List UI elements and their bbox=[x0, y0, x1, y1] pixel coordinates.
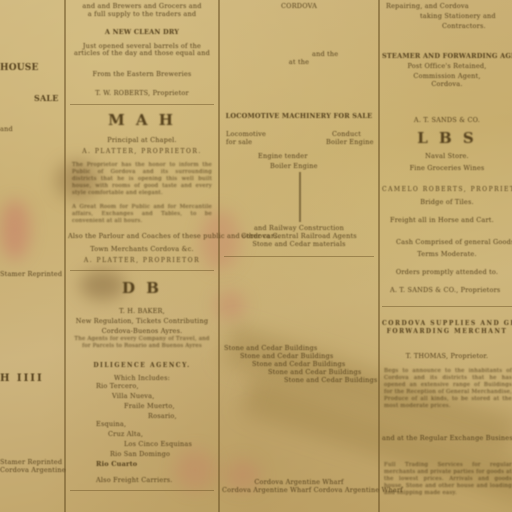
column-2: CORDOVA and the at the LOCOMOTIVE MACHIN… bbox=[222, 0, 376, 512]
text-line: Rosario, bbox=[148, 412, 177, 420]
text-line: Contractors. bbox=[442, 22, 486, 30]
column-0: HOUSE SALE and H IIII Stamer Reprinted S… bbox=[0, 0, 62, 512]
paragraph: Full Trading Services for regular mercha… bbox=[384, 462, 512, 497]
divider bbox=[70, 104, 214, 105]
text-line: A. PLATTER, PROPRIETOR. bbox=[68, 148, 216, 156]
paragraph: The Proprietor has the honor to inform t… bbox=[72, 162, 212, 197]
text-line: Terms Moderate. bbox=[382, 250, 512, 258]
text-line: CORDOVA SUPPLIES AND GENERAL bbox=[382, 320, 512, 328]
text-line: Which Includes: bbox=[68, 374, 216, 382]
text-line: Stone and Cedar Buildings bbox=[224, 344, 317, 352]
text-line: Los Cinco Esquinas bbox=[124, 440, 192, 448]
text-line: H IIII bbox=[0, 375, 44, 383]
paragraph: The Agents for every Company of Travel, … bbox=[74, 336, 210, 350]
divider bbox=[70, 270, 214, 271]
text-line: Cash Comprised of general Goods bbox=[396, 238, 512, 246]
text-line: T. W. ROBERTS, Proprietor bbox=[68, 89, 216, 97]
diagram-label: Engine tender bbox=[258, 152, 308, 160]
section-heading: M A H bbox=[68, 112, 216, 128]
text-line: STEAMER AND FORWARDING AGENCY bbox=[382, 52, 512, 60]
text-line: New Regulation, Tickets Contributing bbox=[68, 317, 216, 325]
diagram-label: for sale bbox=[226, 138, 252, 146]
text-line: Cruz Alta, bbox=[108, 430, 143, 438]
text-line: Principal at Chapel. bbox=[68, 136, 216, 144]
text-line: Cordova-Buenos Ayres. bbox=[68, 327, 216, 335]
column-3: Repairing, and Cordova taking Stationery… bbox=[382, 0, 512, 512]
column-rule bbox=[378, 0, 380, 512]
diagram-label: Boiler Engine bbox=[326, 138, 374, 146]
diagram-stem bbox=[299, 172, 301, 222]
text-line: and at the Regular Exchange Business bbox=[382, 434, 512, 442]
text-line: A. T. SANDS & CO., Proprietors bbox=[390, 286, 500, 294]
divider bbox=[382, 306, 512, 307]
text-line: LOCOMOTIVE MACHINERY FOR SALE bbox=[222, 112, 376, 120]
text-line: Freight all in Horse and Cart. bbox=[390, 216, 494, 224]
text-line: Fine Groceries Wines bbox=[382, 164, 512, 172]
text-line: Fraile Muerto, bbox=[124, 402, 175, 410]
text-line: T. H. BAKER, bbox=[68, 307, 216, 315]
divider bbox=[70, 490, 214, 491]
diagram-label: Boiler Engine bbox=[270, 162, 318, 170]
text-line: Stone and Cedar Buildings bbox=[252, 360, 345, 368]
text-line: Repairing, and Cordova bbox=[386, 2, 469, 10]
text-line: Stamer Reprinted bbox=[0, 458, 62, 466]
paragraph: Begs to announce to the inhabitants of C… bbox=[384, 368, 512, 410]
text-line: Also the Parlour and Coaches of these pu… bbox=[68, 232, 216, 240]
text-line: SALE bbox=[34, 94, 59, 102]
text-line: Cordova Argentine Wharf Cordova Argentin… bbox=[222, 486, 376, 494]
text-line: CORDOVA bbox=[222, 2, 376, 10]
diagram-label: Cordova Central Railroad Agents bbox=[222, 232, 376, 240]
section-heading: L B S bbox=[382, 130, 512, 146]
text-line: Rio San Domingo bbox=[110, 450, 170, 458]
text-line: taking Stationery and bbox=[420, 12, 496, 20]
text-line: A. T. SANDS & CO. bbox=[382, 116, 512, 124]
text-line: Rio Cuarto bbox=[96, 460, 137, 468]
text-line: Villa Nueva, bbox=[112, 392, 155, 400]
text-line: A NEW CLEAN DRY bbox=[68, 28, 216, 36]
text-line: Rio Tercero, bbox=[96, 382, 139, 390]
text-line: Stamer Reprinted bbox=[0, 270, 62, 278]
divider bbox=[224, 256, 374, 257]
text-line: Post Office's Retained, bbox=[382, 62, 512, 70]
text-line: Commission Agent, bbox=[382, 72, 512, 80]
text-line: a full supply to the traders and bbox=[68, 10, 216, 18]
text-line: Orders promptly attended to. bbox=[382, 268, 512, 276]
text-line: articles of the day and those equal and bbox=[68, 49, 216, 57]
text-line: Cordova. bbox=[382, 80, 512, 88]
text-line: and and Brewers and Grocers and bbox=[68, 2, 216, 10]
diagram-label: Locomotive bbox=[226, 130, 266, 138]
text-line: Naval Store. bbox=[382, 152, 512, 160]
text-line: Stone and Cedar Buildings bbox=[240, 352, 333, 360]
text-line: Also Freight Carriers. bbox=[96, 476, 173, 484]
column-1: and and Brewers and Grocers and a full s… bbox=[68, 0, 216, 512]
text-line: and bbox=[0, 125, 13, 133]
text-line: A. PLATTER, PROPRIETOR bbox=[68, 257, 216, 265]
paragraph: A Great Room for Public and for Mercanti… bbox=[72, 204, 212, 225]
column-rule bbox=[64, 0, 66, 512]
text-line: HOUSE bbox=[0, 64, 39, 72]
section-heading: D B bbox=[68, 280, 216, 296]
text-line: T. THOMAS, Proprietor. bbox=[382, 352, 512, 360]
text-line: Cordova Argentine Wharf bbox=[222, 478, 376, 486]
diagram-label: Stone and Cedar materials bbox=[222, 240, 376, 248]
text-line: and the bbox=[312, 50, 338, 58]
text-line: Esquina, bbox=[96, 420, 126, 428]
column-rule bbox=[218, 0, 220, 512]
text-line: Stone and Cedar Buildings bbox=[284, 376, 377, 384]
text-line: FORWARDING MERCHANT bbox=[382, 328, 512, 336]
text-line: From the Eastern Breweries bbox=[68, 70, 216, 78]
text-line: Town Merchants Cordova &c. bbox=[68, 245, 216, 253]
diagram-label: and Railway Construction bbox=[222, 224, 376, 232]
text-line: Cordova Argentine bbox=[0, 466, 66, 474]
text-line: DILIGENCE AGENCY. bbox=[68, 362, 216, 370]
text-line: at the bbox=[222, 58, 376, 66]
text-line: Stone and Cedar Buildings bbox=[268, 368, 361, 376]
text-line: CAMELO ROBERTS, PROPRIETOR, at bbox=[382, 186, 512, 194]
text-line: Bridge of Tiles. bbox=[382, 198, 512, 206]
diagram-label: Conduct bbox=[332, 130, 361, 138]
